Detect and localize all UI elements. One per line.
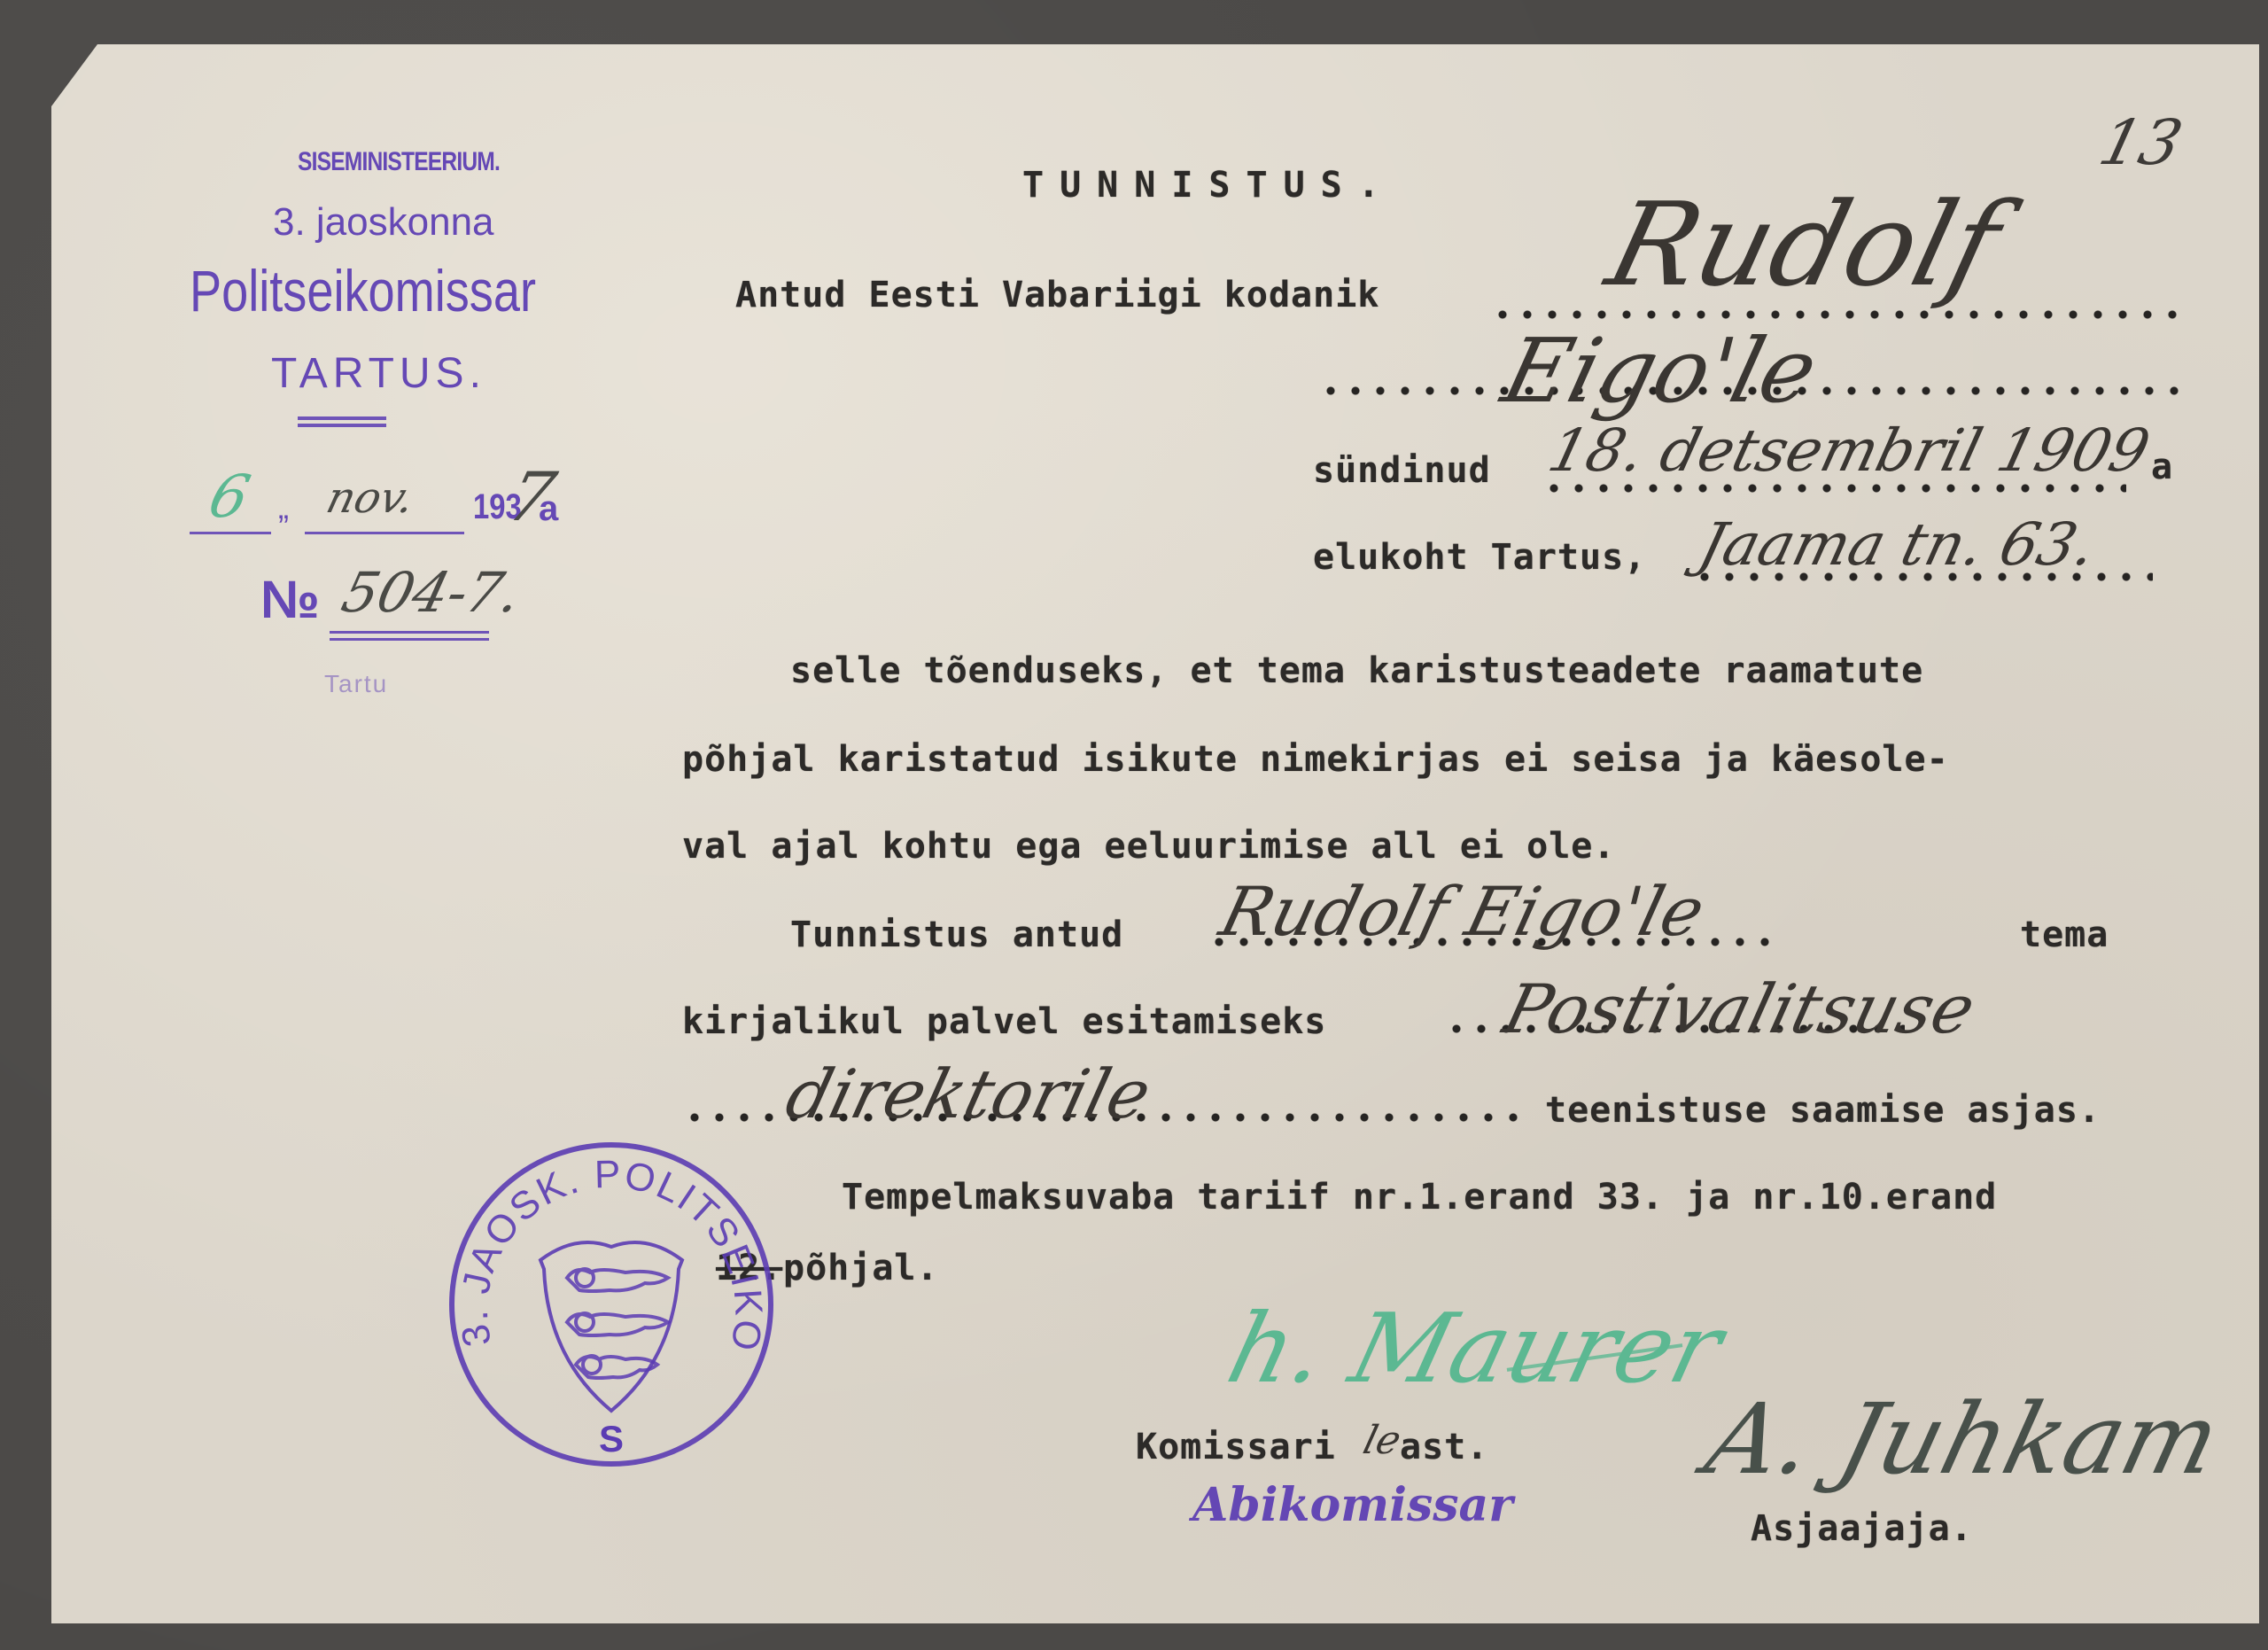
stamp-district: 3. jaoskonna <box>273 200 494 245</box>
born-dotted-line <box>1542 484 2126 493</box>
official-seal: 3. JAOSK. POLITSEIKOMISSAR TARTUS S <box>443 1136 780 1473</box>
registration-month: nov. <box>322 473 419 523</box>
body-line-2: põhjal karistatud isikute nimekirjas ei … <box>682 739 1949 780</box>
document-title: TUNNISTUS. <box>1022 165 1395 206</box>
commissioner-label: Komissari <box>1136 1427 1358 1467</box>
given-label: Tunnistus antud <box>790 915 1123 955</box>
date-underline <box>305 532 464 534</box>
stamp-city: TARTUS. <box>271 349 486 398</box>
stamp-ministry: SISEMINISTEERIUM. <box>298 147 500 177</box>
request-label: kirjalikul palvel esitamiseks <box>682 1001 1326 1042</box>
body-line-3: val ajal kohtu ega eeluurimise all ei ol… <box>682 826 1615 867</box>
born-label: sündinud <box>1313 450 1491 491</box>
tariff-line-1: Tempelmaksuvaba tariif nr.1.erand 33. ja… <box>842 1177 1997 1218</box>
citizen-first-name: Rudolf <box>1596 177 2013 312</box>
stamp-office: Politseikomissar <box>190 257 536 324</box>
born-value: 18. detsembril 1909 <box>1542 416 2155 485</box>
registration-day: 6 <box>202 463 256 531</box>
request-to-line-1: Postivalitsuse <box>1496 969 1983 1048</box>
stamp-divider <box>298 424 386 427</box>
number-underline <box>330 638 489 641</box>
clerk-label: Asjaajaja. <box>1751 1508 1973 1549</box>
registration-year-mark: a <box>539 489 558 529</box>
commissioner-stamp: Abikomissar <box>1192 1478 1513 1532</box>
request-to-line-2: direktorile <box>779 1055 1159 1133</box>
lion-icon <box>567 1269 668 1378</box>
residence-label: elukoht Tartus, <box>1313 537 1646 578</box>
registration-date: 6 „ nov. 193 7 a <box>190 470 562 541</box>
citizen-label: Antud Eesti Vabariigi kodanik <box>735 275 1379 315</box>
clerk-signature: A. Juhkam <box>1696 1382 2231 1496</box>
residence-value: Jaama tn. 63. <box>1692 510 2102 579</box>
given-to: Rudolf Eigo'le <box>1213 872 1713 951</box>
stamp-divider <box>298 416 386 420</box>
citizen-last-name: Eigo'le <box>1493 319 1827 423</box>
registration-number-label: № <box>260 569 320 630</box>
born-suffix: a <box>2151 447 2173 487</box>
tariff-line-2: põhjal. <box>783 1248 939 1288</box>
date-underline <box>190 532 271 534</box>
registration-number: 504-7. <box>336 560 528 625</box>
given-suffix: tema <box>2020 915 2109 955</box>
commissioner-label-end: ast. <box>1400 1427 1488 1467</box>
seal-letter: S <box>599 1418 624 1459</box>
quote-mark: „ <box>278 489 289 526</box>
faded-stamp-text: Tartu <box>324 670 388 698</box>
seal-icon: 3. JAOSK. POLITSEIKOMISSAR TARTUS S <box>443 1136 780 1473</box>
number-underline <box>330 631 489 634</box>
request-suffix: teenistuse saamise asjas. <box>1545 1090 2101 1131</box>
body-line-1: selle tõenduseks, et tema karistusteadet… <box>790 650 1923 691</box>
